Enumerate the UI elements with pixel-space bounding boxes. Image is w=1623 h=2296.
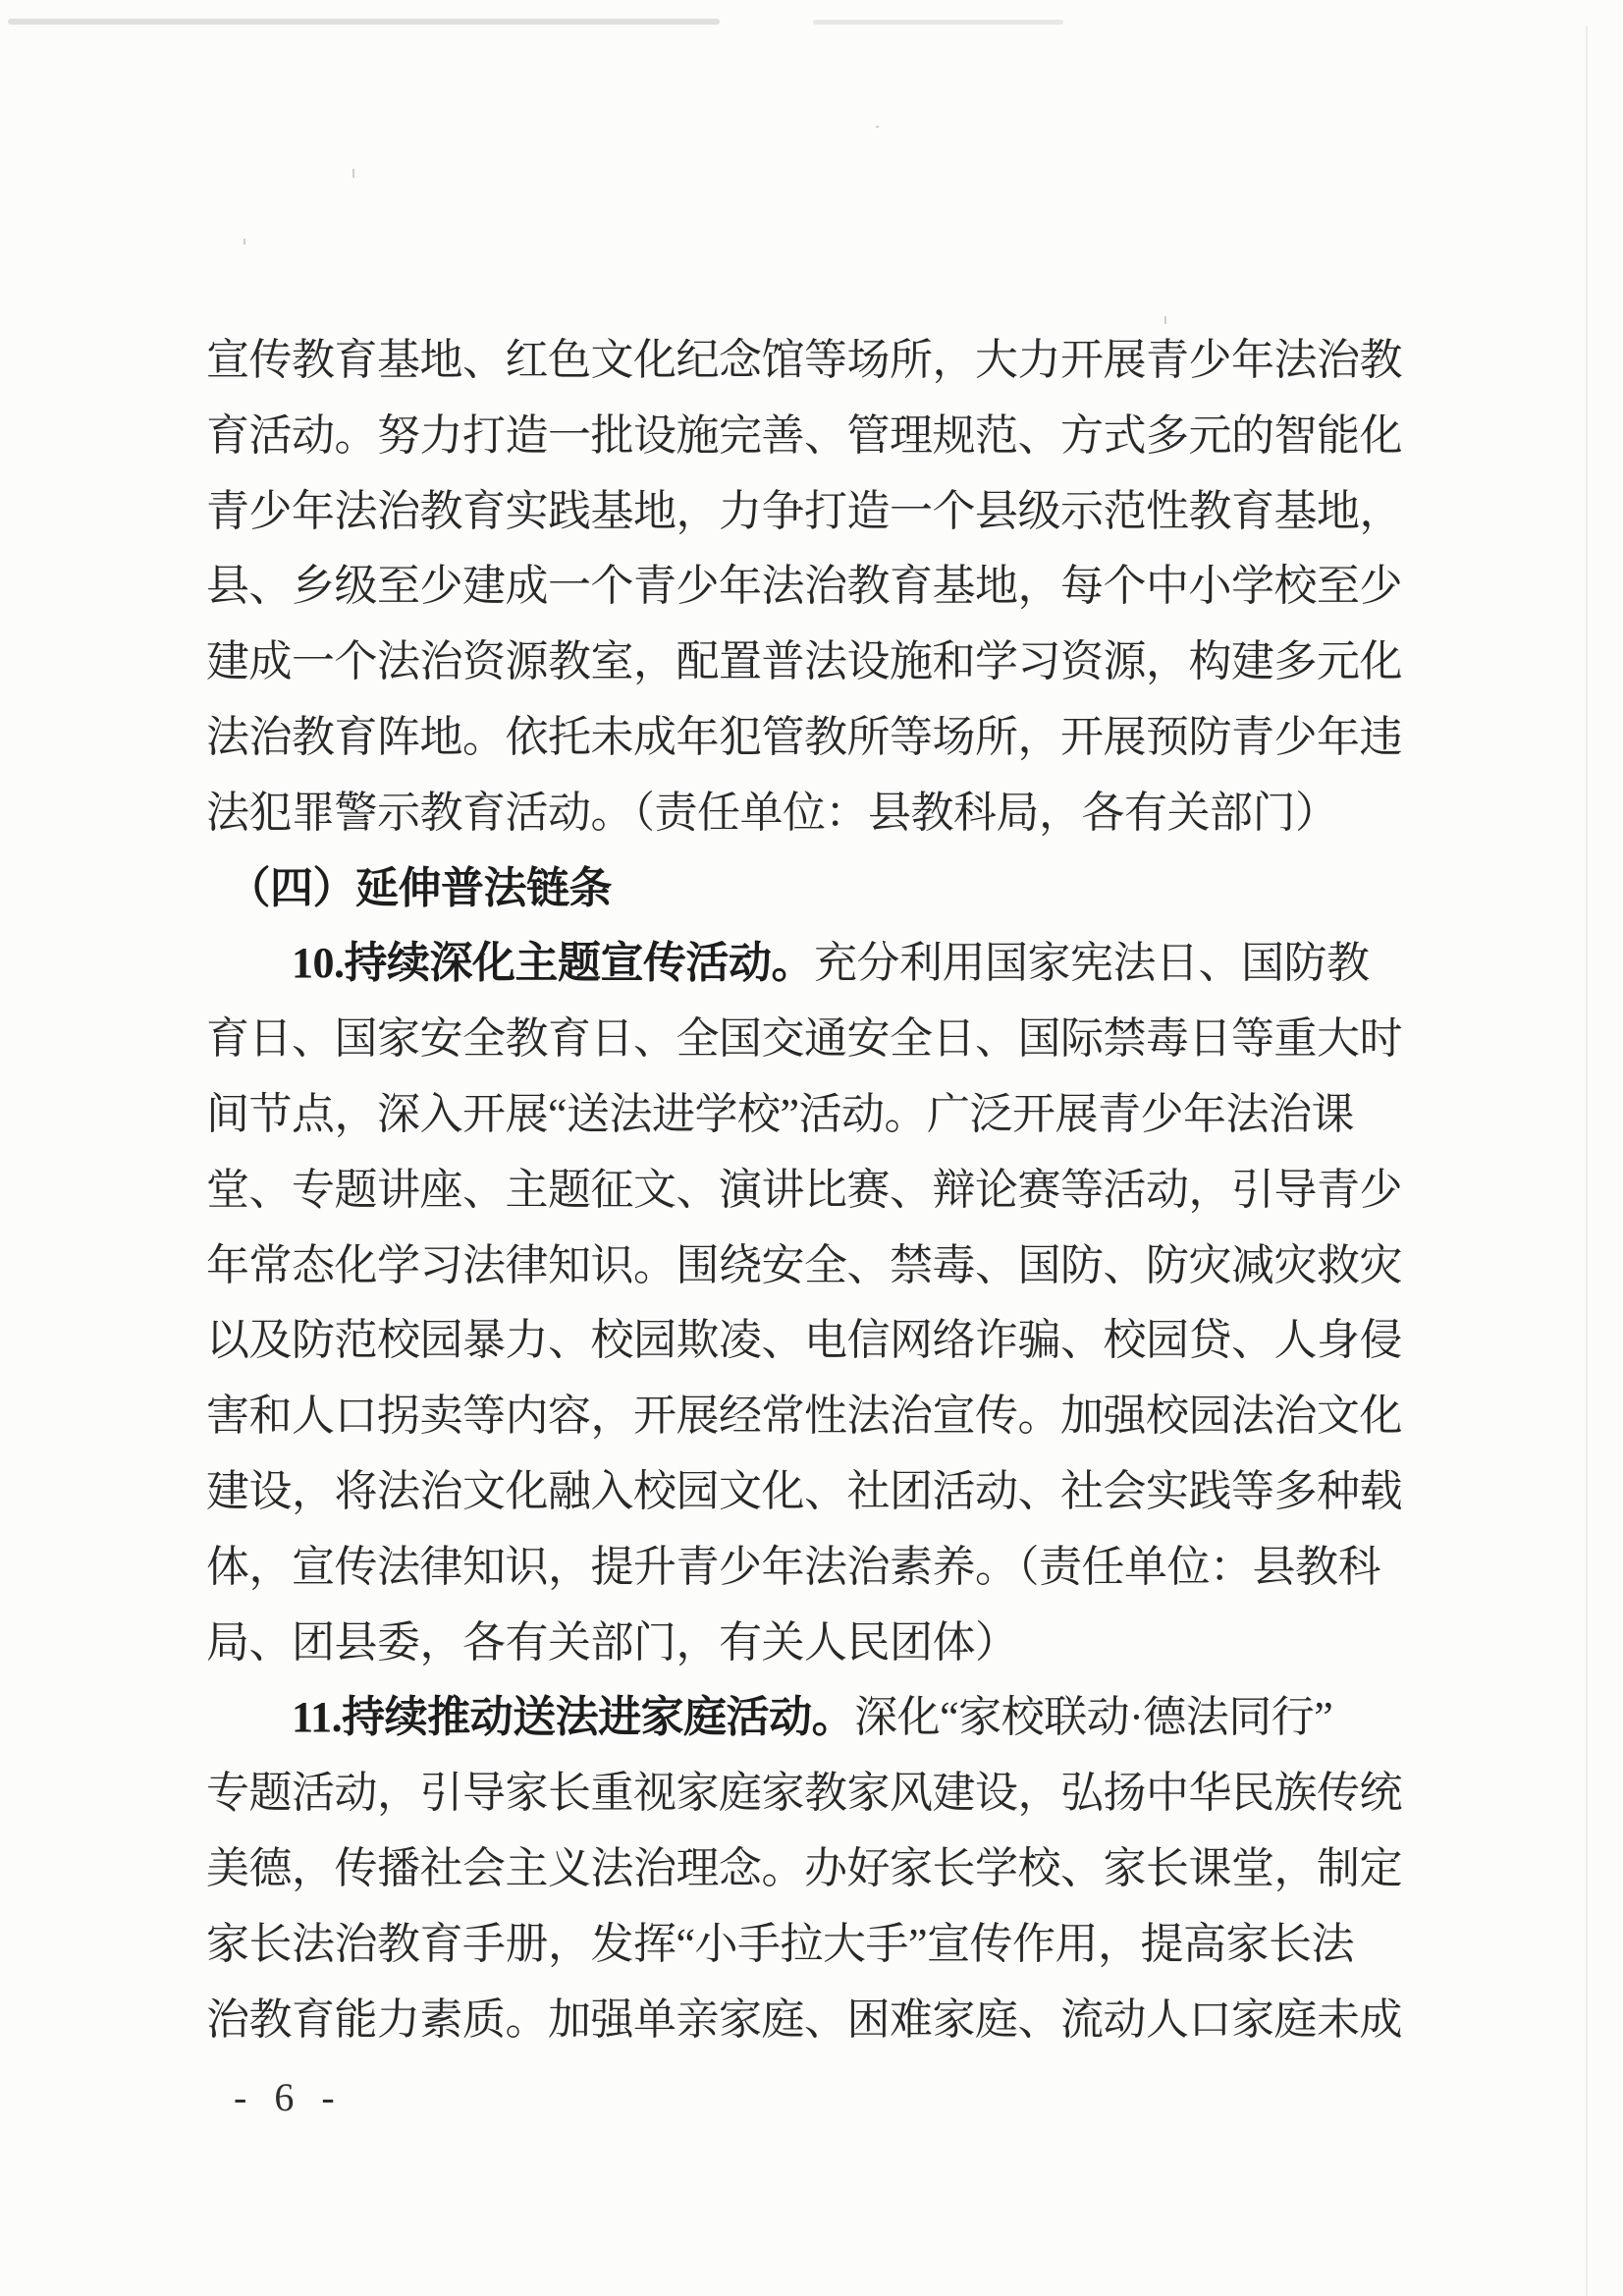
text-line: 育日、国家安全教育日、全国交通安全日、国际禁毒日等重大时 [206,1002,1453,1077]
text-line: 局、团县委，各有关部门，有关人民团体） [206,1606,1453,1681]
bold-text-segment: 10.持续深化主题宣传活动。 [292,939,814,987]
text-line: 建成一个法治资源教室，配置普法设施和学习资源，构建多元化 [206,625,1453,700]
paragraph-11: 11.持续推动送法进家庭活动。深化“家校联动·德法同行”专题活动，引导家长重视家… [206,1680,1453,2057]
text-segment: 堂、专题讲座、主题征文、演讲比赛、辩论赛等活动，引导青少 [206,1166,1402,1214]
paragraph-9-continuation: 宣传教育基地、红色文化纪念馆等场所，大力开展青少年法治教育活动。努力打造一批设施… [206,323,1453,851]
text-line: 间节点，深入开展“送法进学校”活动。广泛开展青少年法治课 [206,1077,1453,1153]
text-line: 育活动。努力打造一批设施完善、管理规范、方式多元的智能化 [206,399,1453,474]
text-segment [206,939,292,987]
text-segment: 法治教育阵地。依托未成年犯管教所等场所，开展预防青少年违 [206,713,1402,761]
document-body: 宣传教育基地、红色文化纪念馆等场所，大力开展青少年法治教育活动。努力打造一批设施… [206,323,1453,2057]
text-segment: 美德，传播社会主义法治理念。办好家长学校、家长课堂，制定 [206,1844,1402,1892]
text-line: 堂、专题讲座、主题征文、演讲比赛、辩论赛等活动，引导青少 [206,1153,1453,1229]
document-page: 宣传教育基地、红色文化纪念馆等场所，大力开展青少年法治教育活动。努力打造一批设施… [0,0,1623,2296]
text-line: 法犯罪警示教育活动。（责任单位：县教科局，各有关部门） [206,776,1453,851]
scan-speck [352,169,354,178]
scan-speck [243,239,245,245]
text-segment: 县、乡级至少建成一个青少年法治教育基地，每个中小学校至少 [206,562,1402,610]
text-segment: 专题活动，引导家长重视家庭家教家风建设，弘扬中华民族传统 [206,1769,1402,1817]
text-line: 法治教育阵地。依托未成年犯管教所等场所，开展预防青少年违 [206,700,1453,776]
bold-text-segment: 11.持续推动送法进家庭活动。 [292,1693,854,1741]
text-segment: 治教育能力素质。加强单亲家庭、困难家庭、流动人口家庭未成 [206,1995,1402,2044]
text-segment: 以及防范校园暴力、校园欺凌、电信网络诈骗、校园贷、人身侵 [206,1316,1402,1364]
text-line: 宣传教育基地、红色文化纪念馆等场所，大力开展青少年法治教 [206,323,1453,399]
text-line: 青少年法治教育实践基地，力争打造一个县级示范性教育基地， [206,474,1453,550]
text-line: 年常态化学习法律知识。围绕安全、禁毒、国防、防灾减灾救灾 [206,1229,1453,1304]
text-segment: 育日、国家安全教育日、全国交通安全日、国际禁毒日等重大时 [206,1014,1402,1063]
text-line: 体，宣传法律知识，提升青少年法治素养。（责任单位：县教科 [206,1530,1453,1606]
text-segment: 年常态化学习法律知识。围绕安全、禁毒、国防、防灾减灾救灾 [206,1241,1402,1289]
text-line: 害和人口拐卖等内容，开展经常性法治宣传。加强校园法治文化 [206,1379,1453,1454]
text-line: 美德，传播社会主义法治理念。办好家长学校、家长课堂，制定 [206,1831,1453,1907]
text-segment: 家长法治教育手册，发挥“小手拉大手”宣传作用，提高家长法 [206,1920,1354,1968]
scan-speck [876,126,879,128]
scan-artifact-line [1586,26,1588,2296]
text-line: 建设，将法治文化融入校园文化、社团活动、社会实践等多种载 [206,1454,1453,1530]
text-line: 县、乡级至少建成一个青少年法治教育基地，每个中小学校至少 [206,549,1453,625]
section-4-heading: （四）延伸普法链条 [206,851,1453,927]
text-line: 10.持续深化主题宣传活动。充分利用国家宪法日、国防教 [206,926,1453,1002]
text-segment: 间节点，深入开展“送法进学校”活动。广泛开展青少年法治课 [206,1090,1354,1138]
text-segment: 育活动。努力打造一批设施完善、管理规范、方式多元的智能化 [206,411,1402,460]
text-line: 以及防范校园暴力、校园欺凌、电信网络诈骗、校园贷、人身侵 [206,1303,1453,1379]
text-segment: 建设，将法治文化融入校园文化、社团活动、社会实践等多种载 [206,1467,1402,1515]
paragraph-10: 10.持续深化主题宣传活动。充分利用国家宪法日、国防教育日、国家安全教育日、全国… [206,926,1453,1680]
text-segment: 宣传教育基地、红色文化纪念馆等场所，大力开展青少年法治教 [206,336,1402,384]
text-segment: 局、团县委，各有关部门，有关人民团体） [206,1618,1018,1667]
text-line: （四）延伸普法链条 [206,851,1453,927]
text-segment: 建成一个法治资源教室，配置普法设施和学习资源，构建多元化 [206,637,1402,685]
scan-artifact-band [8,19,720,25]
text-line: 家长法治教育手册，发挥“小手拉大手”宣传作用，提高家长法 [206,1907,1453,1983]
text-line: 专题活动，引导家长重视家庭家教家风建设，弘扬中华民族传统 [206,1756,1453,1831]
text-segment: 充分利用国家宪法日、国防教 [814,939,1370,987]
text-line: 治教育能力素质。加强单亲家庭、困难家庭、流动人口家庭未成 [206,1983,1453,2058]
text-line: 11.持续推动送法进家庭活动。深化“家校联动·德法同行” [206,1680,1453,1756]
text-segment [206,1693,292,1741]
scan-artifact-band [813,20,1063,25]
text-segment: 体，宣传法律知识，提升青少年法治素养。（责任单位：县教科 [206,1543,1380,1591]
text-segment: 青少年法治教育实践基地，力争打造一个县级示范性教育基地， [206,487,1402,535]
page-number: - 6 - [234,2074,344,2121]
text-segment: 法犯罪警示教育活动。（责任单位：县教科局，各有关部门） [206,789,1338,837]
text-segment: 深化“家校联动·德法同行” [854,1693,1332,1741]
bold-text-segment: （四）延伸普法链条 [206,864,612,912]
text-segment: 害和人口拐卖等内容，开展经常性法治宣传。加强校园法治文化 [206,1392,1402,1440]
